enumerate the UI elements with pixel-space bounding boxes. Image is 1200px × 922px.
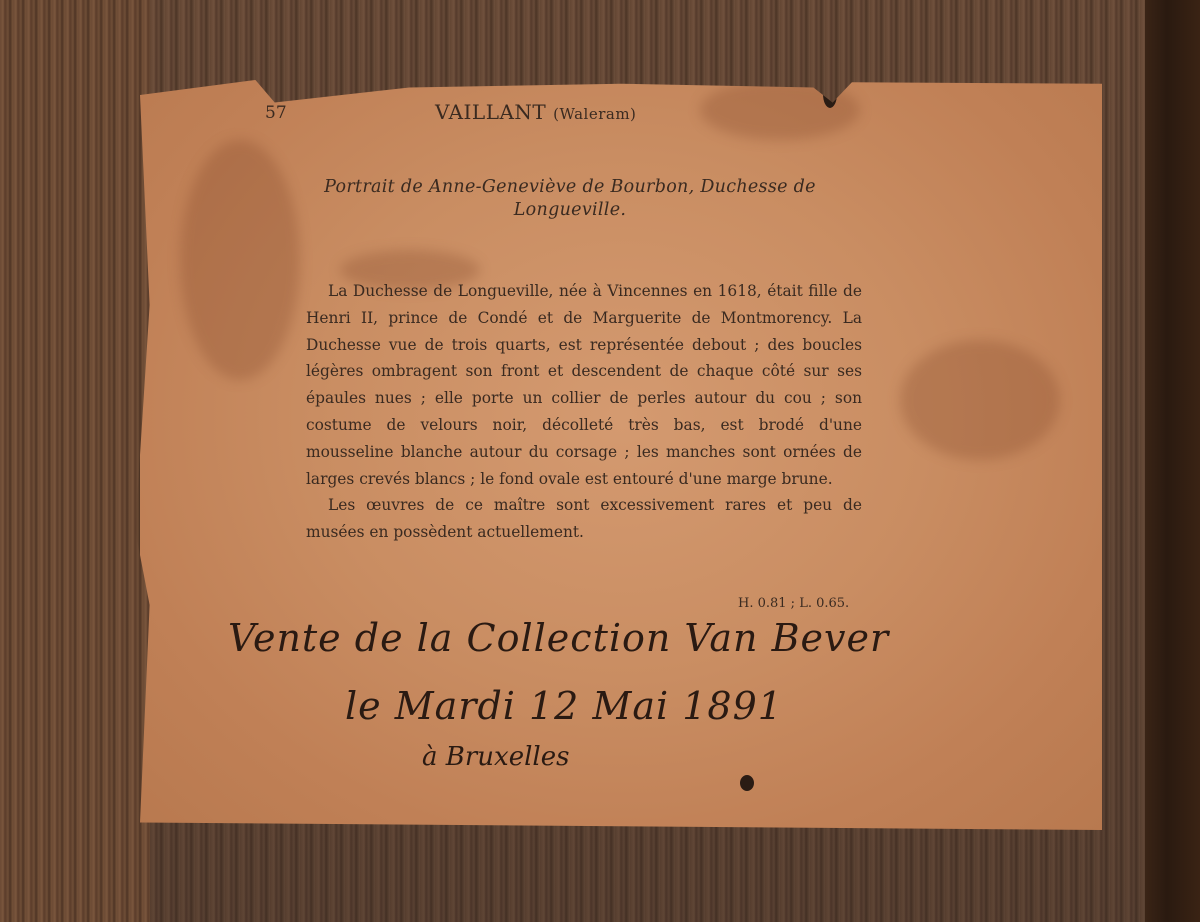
wood-panel-left xyxy=(0,0,150,922)
lot-number: 57 xyxy=(265,103,287,123)
dimensions: H. 0.81 ; L. 0.65. xyxy=(738,596,849,611)
description: La Duchesse de Longueville, née à Vincen… xyxy=(306,278,862,546)
artist-name: VAILLANT xyxy=(435,100,546,124)
description-paragraph: La Duchesse de Longueville, née à Vincen… xyxy=(306,278,862,492)
handwritten-line-1: Vente de la Collection Van Bever xyxy=(228,616,889,660)
paper-hole xyxy=(740,775,754,791)
stain xyxy=(900,340,1060,460)
handwritten-line-3: à Bruxelles xyxy=(422,742,569,772)
artist-firstname: (Waleram) xyxy=(553,105,636,123)
catalogue-label: 57 VAILLANT (Waleram) Portrait de Anne-G… xyxy=(140,80,1102,830)
painting-title: Portrait de Anne-Geneviève de Bourbon, D… xyxy=(280,176,860,222)
wood-panel-right xyxy=(1145,0,1200,922)
description-paragraph: Les œuvres de ce maître sont excessiveme… xyxy=(306,492,862,546)
artist-heading: VAILLANT (Waleram) xyxy=(435,100,636,124)
handwritten-line-2: le Mardi 12 Mai 1891 xyxy=(345,684,783,728)
